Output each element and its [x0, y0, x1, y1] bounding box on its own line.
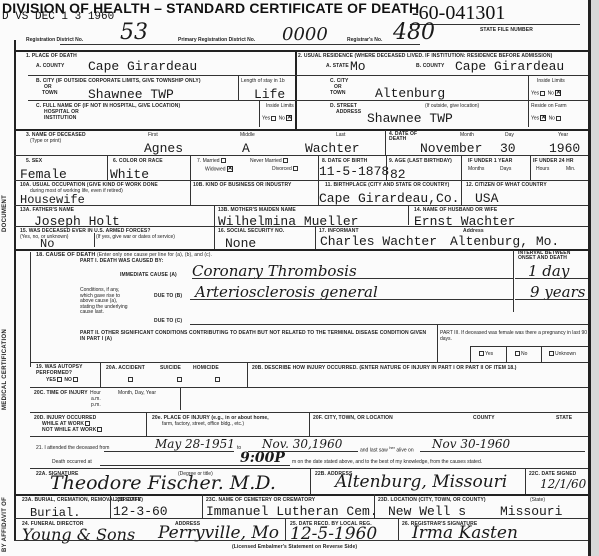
residence-city-value: Altenburg — [375, 86, 445, 101]
pregnancy-no-checkbox[interactable] — [515, 351, 520, 356]
time-of-injury-label: 20c. TIME OF INJURY — [34, 390, 88, 396]
date-of-death-label: 4. DATE OF DEATH — [389, 132, 419, 142]
page-edge — [588, 0, 591, 556]
place-of-death-label: 1. PLACE OF DEATH — [26, 53, 77, 59]
state-file-number-label: STATE FILE NUMBER — [480, 27, 533, 33]
residence-street-hint: (If outside, give location) — [425, 103, 479, 109]
deceased-middle-name: A — [242, 141, 250, 156]
death-inside-limits-no-checkbox[interactable]: ✕ — [286, 115, 292, 121]
never-married-checkbox[interactable] — [283, 158, 288, 163]
business-label: 10b. KIND OF BUSINESS OR INDUSTRY — [193, 182, 291, 188]
last-saw-label: and last saw her alive on — [360, 445, 414, 454]
marital-never-married-option: Never Married — [250, 158, 289, 164]
residence-street-label-2: ADDRESS — [336, 109, 361, 115]
hospital-label-3: INSTITUTION — [44, 115, 77, 121]
date-signed-value: 12/1/60 — [540, 477, 586, 491]
residence-county-label: b. COUNTY — [416, 63, 444, 69]
burial-date-value: 12-3-60 — [113, 504, 168, 519]
accident-checkbox[interactable] — [128, 377, 133, 382]
middle-name-label: Middle — [240, 132, 255, 138]
side-label-by-affidavit: BY AFFIDAVIT OF — [2, 497, 8, 552]
describe-injury-label: 20b. DESCRIBE HOW INJURY OCCURRED. (Ente… — [252, 365, 517, 371]
informant-name-value: Charles Wachter — [320, 234, 437, 249]
interval-label: INTERVAL BETWEEN ONSET AND DEATH — [518, 251, 586, 261]
cemetery-label: 23c. NAME OF CEMETERY OR CREMATORY — [206, 497, 315, 503]
days-label: Days — [500, 166, 511, 172]
attended-to-value: Nov. 30,1960 — [262, 437, 342, 451]
marital-widowed-option: Widowed✕ — [205, 166, 234, 172]
cemetery-value: Immanuel Lutheran Cem. — [206, 504, 378, 519]
spouse-name-label: 14. NAME OF HUSBAND OR WIFE — [414, 207, 497, 213]
reside-on-farm-label: Reside on Farm — [531, 103, 567, 109]
burial-date-label: 23b. DATE — [115, 497, 141, 503]
reside-on-farm-no-checkbox[interactable] — [556, 116, 561, 121]
burial-location-value: New Well s — [388, 504, 466, 519]
burial-state-value: Missouri — [500, 504, 562, 519]
death-day-value: 30 — [500, 141, 516, 156]
residence-state-value: Mo — [350, 59, 366, 74]
death-inside-limits-label: Inside Limits — [266, 103, 294, 109]
months-label: Months — [468, 166, 484, 172]
part-1-label: PART I. DEATH WAS CAUSED BY: — [80, 258, 163, 264]
immediate-cause-label: IMMEDIATE CAUSE (a) — [120, 272, 177, 278]
first-name-label: First — [148, 132, 158, 138]
deceased-first-name: Agnes — [144, 141, 183, 156]
death-month-value: November — [420, 141, 482, 156]
reside-on-farm-yes-checkbox[interactable]: ✕ — [540, 115, 546, 121]
place-of-injury-label-2: farm, factory, street, office bldg., etc… — [162, 421, 244, 427]
deceased-name-hint: (Type or print) — [30, 138, 61, 144]
death-occurred-at-label: Death occurred at — [52, 459, 92, 465]
attended-from-value: May 28-1951 — [155, 437, 235, 451]
dob-value: 11-5-1878 — [319, 164, 389, 179]
mother-maiden-name-label: 13b. MOTHER'S MAIDEN NAME — [218, 207, 296, 213]
while-at-work-checkbox[interactable] — [85, 421, 90, 426]
injury-city-label: 20f. CITY, TOWN, OR LOCATION — [313, 415, 393, 421]
hours-label: Hours — [536, 166, 549, 172]
not-while-at-work-checkbox[interactable] — [97, 427, 102, 432]
part-2-label: PART II. OTHER SIGNIFICANT CONDITIONS CO… — [80, 330, 430, 342]
due-to-c-label: DUE TO (c) — [154, 318, 182, 324]
received-stamp: D VS DEC 1 3 1960 — [2, 11, 114, 23]
death-year-label: Year — [558, 132, 568, 138]
pregnancy-unknown-checkbox[interactable] — [549, 351, 554, 356]
registrar-no-value: 480 — [393, 20, 435, 45]
sex-label: 5. SEX — [26, 158, 42, 164]
deceased-last-name: Wachter — [305, 141, 360, 156]
primary-registration-district-label: Primary Registration District No. — [178, 37, 255, 43]
widowed-checkbox[interactable]: ✕ — [227, 166, 233, 172]
conditions-label: Conditions, if any, which gave rise to a… — [80, 288, 128, 316]
marital-married-option: 7. Married — [197, 158, 227, 164]
date-received-value: 12-5-1960 — [290, 524, 377, 544]
autopsy-yes-checkbox[interactable] — [57, 377, 62, 382]
residence-state-label: a. STATE — [326, 63, 349, 69]
death-inside-limits-checkboxes: Yes No✕ — [262, 115, 293, 121]
side-label-document: DOCUMENT — [2, 195, 8, 232]
suicide-checkbox[interactable] — [177, 377, 182, 382]
marital-divorced-option: Divorced — [272, 166, 299, 172]
death-county-label: a. COUNTY — [36, 63, 64, 69]
residence-inside-limits-label: Inside Limits — [537, 78, 565, 84]
registrar-no-label: Registrar's No. — [347, 37, 382, 43]
injury-state-label: STATE — [556, 415, 572, 421]
death-inside-limits-yes-checkbox[interactable] — [271, 116, 276, 121]
burial-location-label: 23d. LOCATION (City, town, or county) — [378, 497, 486, 503]
residence-county-value: Cape Girardeau — [455, 59, 564, 74]
certifier-address: Altenburg, Missouri — [335, 472, 507, 492]
accident-label: 20a. ACCIDENT — [106, 365, 145, 371]
age-label: 9. AGE (last birthday) — [389, 158, 452, 164]
autopsy-options: YES NO — [46, 377, 79, 383]
injury-date-label: Month, Day, Year — [118, 390, 156, 396]
homicide-checkbox[interactable] — [215, 377, 220, 382]
death-time-value: 9:00P — [240, 450, 285, 466]
residence-inside-limits-checkboxes: Yes No✕ — [531, 90, 562, 96]
embalmer-statement-note: (Licensed Embalmer's Statement on Revers… — [232, 544, 357, 550]
race-label: 6. COLOR OR RACE — [113, 158, 163, 164]
autopsy-no-checkbox[interactable] — [73, 377, 78, 382]
father-name-label: 13a. FATHER'S NAME — [20, 207, 74, 213]
armed-forces-hint-2: (If yes, give war or dates of service) — [96, 234, 175, 240]
death-county-value: Cape Girardeau — [88, 59, 197, 74]
death-day-label: Day — [505, 132, 514, 138]
birthplace-label: 11. BIRTHPLACE (City and state or countr… — [325, 182, 449, 188]
under-24-hr-label: IF UNDER 24 HR — [533, 158, 574, 164]
due-to-b-label: DUE TO (b) — [154, 293, 182, 299]
residence-street-value: Shawnee TWP — [367, 111, 453, 126]
burial-state-label: (State) — [530, 497, 545, 503]
pregnancy-no-option: No — [514, 351, 527, 357]
death-city-label: b. CITY (If outside corporate limits, gi… — [36, 78, 201, 84]
part-3-label: PART III. If deceased was female was the… — [440, 330, 588, 342]
min-label: Min. — [566, 166, 575, 172]
pregnancy-yes-option: Yes — [478, 351, 493, 357]
registration-district-value: 53 — [120, 20, 148, 45]
injury-county-label: COUNTY — [473, 415, 495, 421]
divorced-checkbox[interactable] — [293, 166, 298, 171]
death-city-town: TOWN — [42, 90, 58, 96]
funeral-director-value: Young & Sons — [22, 525, 135, 544]
birthplace-value: Cape Girardeau,Co. — [319, 191, 459, 206]
under-1-year-label: IF UNDER 1 YEAR — [468, 158, 512, 164]
death-month-label: Month — [460, 132, 474, 138]
pregnancy-yes-checkbox[interactable] — [479, 351, 484, 356]
length-of-stay-label: Length of stay in 1b — [241, 78, 285, 84]
death-year-value: 1960 — [549, 141, 580, 156]
last-name-label: Last — [336, 132, 345, 138]
citizen-label: 12. CITIZEN OF WHAT COUNTRY — [466, 182, 547, 188]
not-while-at-work-option: NOT WHILE AT WORK — [42, 427, 103, 433]
last-saw-alive-value: Nov 30-1960 — [432, 437, 510, 451]
married-checkbox[interactable] — [221, 158, 226, 163]
citizen-value: USA — [475, 191, 498, 206]
attended-from-label: 21. I attended the deceased from — [36, 445, 109, 451]
informant-address-value: Altenburg, Mo. — [450, 234, 559, 249]
pregnancy-unknown-option: Unknown — [548, 351, 576, 357]
certifier-signature: Theodore Fischer. M.D. — [50, 472, 276, 494]
autopsy-label: 19. WAS AUTOPSY PERFORMED? — [36, 365, 96, 376]
residence-inside-limits-yes-checkbox[interactable] — [540, 91, 545, 96]
reside-on-farm-checkboxes: Yes✕ No — [531, 115, 562, 121]
ssn-label: 16. SOCIAL SECURITY NO. — [218, 228, 284, 234]
death-certificate: DIVISION OF HEALTH – STANDARD CERTIFICAT… — [0, 0, 588, 556]
residence-inside-limits-no-checkbox[interactable]: ✕ — [555, 90, 561, 96]
registration-district-label: Registration District No. — [26, 37, 83, 43]
death-time-suffix: m on the date stated above, and to the b… — [292, 459, 482, 465]
primary-registration-district-value: 0000 — [282, 24, 328, 45]
pm-label: p.m. — [91, 402, 101, 408]
side-label-medical-certification: MEDICAL CERTIFICATION — [2, 329, 8, 410]
residence-city-town: TOWN — [330, 90, 346, 96]
